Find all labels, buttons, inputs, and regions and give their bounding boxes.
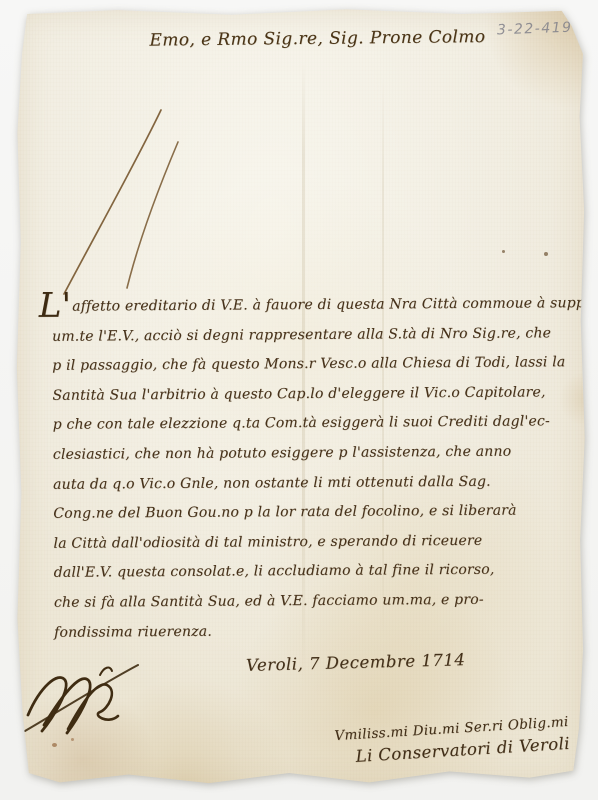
pen-trial-strokes-icon <box>55 104 205 304</box>
manuscript-line: che si fà alla Santità Sua, ed à V.E. fa… <box>41 585 581 618</box>
ink-speck <box>502 250 505 253</box>
letter-body: L'affetto ereditario di V.E. à fauore di… <box>39 289 581 648</box>
paper-shadow: 3-22-419 Emo, e Rmo Sig.re, Sig. Prone C… <box>14 7 587 791</box>
manuscript-line: Santità Sua l'arbitrio à questo Cap.lo d… <box>39 378 579 411</box>
manuscript-line: auta da q.o Vic.o Gnle, non ostante li m… <box>40 467 580 500</box>
manuscript-line: fondissima riuerenza. <box>41 615 581 648</box>
manuscript-line: Cong.ne del Buon Gou.no p la lor rata de… <box>40 496 580 529</box>
manuscript-line: p il passaggio, che fà questo Mons.r Ves… <box>39 348 579 381</box>
manuscript-line: clesiastici, che non hà potuto esiggere … <box>40 437 580 470</box>
dateline: Veroli, 7 Decembre 1714 <box>246 650 466 675</box>
manuscript-line: la Città dall'odiosità di tal ministro, … <box>40 526 580 559</box>
salutation-line: Emo, e Rmo Sig.re, Sig. Prone Colmo <box>14 26 587 52</box>
ink-speck <box>544 252 548 256</box>
paraph-flourish-icon <box>22 655 147 740</box>
manuscript-line: L'affetto ereditario di V.E. à fauore di… <box>39 289 579 322</box>
manuscript-line: um.te l'E.V., acciò si degni rappresenta… <box>39 319 579 352</box>
scan-background: 3-22-419 Emo, e Rmo Sig.re, Sig. Prone C… <box>0 0 598 800</box>
manuscript-line: dall'E.V. questa consolat.e, li accludia… <box>41 555 581 588</box>
ink-speck <box>52 743 57 747</box>
manuscript-line: p che con tale elezzione q.ta Com.tà esi… <box>40 407 580 440</box>
paper-sheet: 3-22-419 Emo, e Rmo Sig.re, Sig. Prone C… <box>14 7 587 791</box>
signature-block: Vmiliss.mi Diu.mi Ser.ri Oblig.mi Li Con… <box>334 714 570 767</box>
